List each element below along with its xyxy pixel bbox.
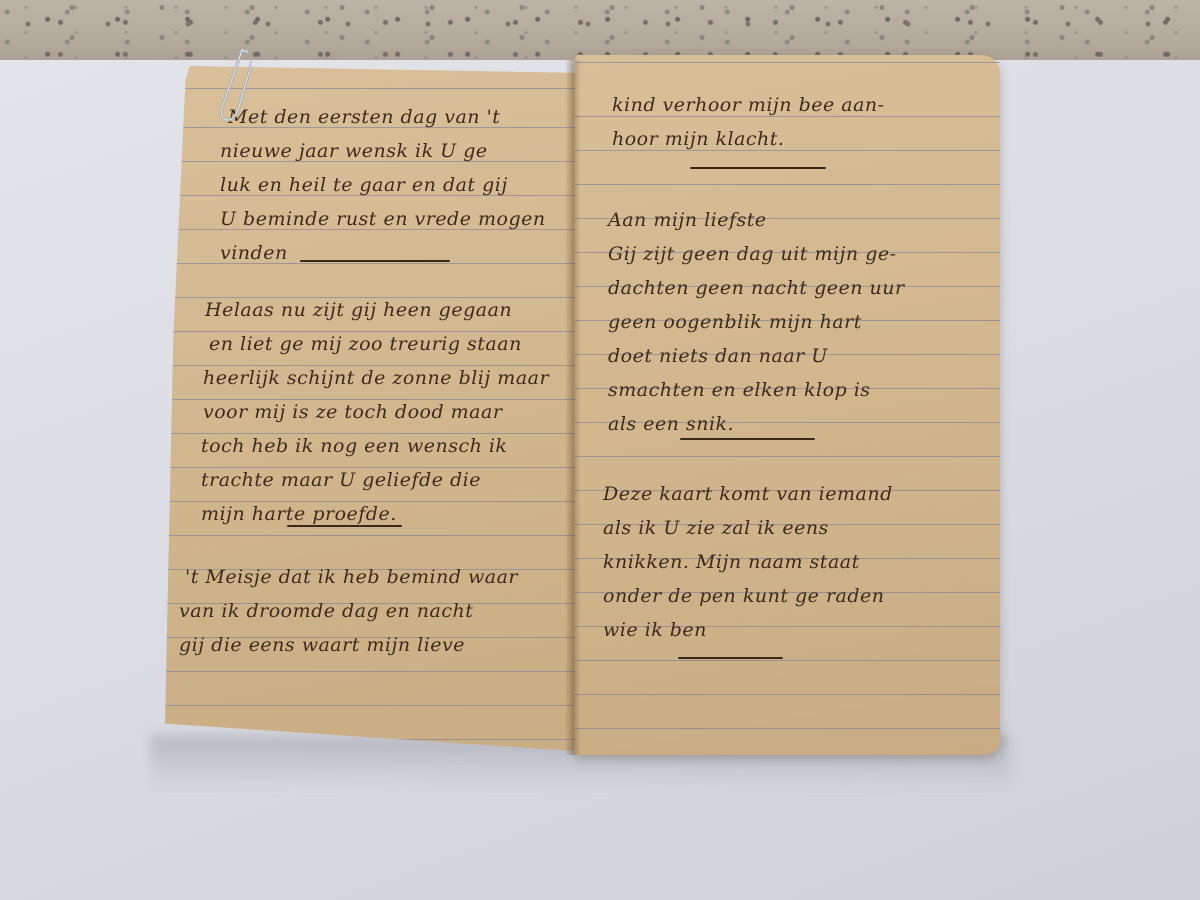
handwritten-line: Aan mijn liefste	[608, 203, 905, 237]
left-poem-2: Helaas nu zijt gij heen gegaan en liet g…	[205, 293, 549, 531]
section-divider	[678, 657, 783, 659]
left-poem-3: 't Meisje dat ik heb bemind waar van ik …	[185, 560, 518, 662]
handwritten-line: van ik droomde dag en nacht	[179, 594, 518, 628]
handwritten-line: wie ik ben	[603, 613, 893, 647]
handwritten-line: gij die eens waart mijn lieve	[179, 628, 518, 662]
handwritten-line: als ik U zie zal ik eens	[603, 511, 893, 545]
right-poem-5: Deze kaart komt van iemand als ik U zie …	[603, 477, 893, 647]
handwritten-line: Deze kaart komt van iemand	[603, 477, 893, 511]
left-poem-1: Met den eersten dag van 't nieuwe jaar w…	[228, 100, 546, 270]
handwritten-line: toch heb ik nog een wensch ik	[201, 429, 549, 463]
section-divider	[680, 438, 815, 440]
handwritten-line: geen oogenblik mijn hart	[608, 305, 905, 339]
handwritten-line: doet niets dan naar U	[608, 339, 905, 373]
handwritten-line: smachten en elken klop is	[608, 373, 905, 407]
handwritten-line: voor mij is ze toch dood maar	[203, 395, 549, 429]
handwritten-line: Met den eersten dag van 't	[228, 100, 546, 134]
handwritten-line: trachte maar U geliefde die	[201, 463, 549, 497]
handwritten-line: en liet ge mij zoo treurig staan	[209, 327, 549, 361]
section-divider	[300, 260, 450, 262]
handwritten-line: dachten geen nacht geen uur	[608, 271, 905, 305]
handwritten-line: heerlijk schijnt de zonne blij maar	[203, 361, 549, 395]
right-poem-4: Aan mijn liefste Gij zijt geen dag uit m…	[608, 203, 905, 441]
handwritten-line: als een snik.	[608, 407, 905, 441]
handwritten-line: 't Meisje dat ik heb bemind waar	[185, 560, 518, 594]
handwritten-line: Gij zijt geen dag uit mijn ge-	[608, 237, 905, 271]
handwritten-line: knikken. Mijn naam staat	[603, 545, 893, 579]
handwritten-line: onder de pen kunt ge raden	[603, 579, 893, 613]
handwritten-line: kind verhoor mijn bee aan-	[612, 88, 885, 122]
section-divider	[287, 525, 402, 527]
handwritten-line: nieuwe jaar wensk ik U ge	[220, 134, 546, 168]
notebook-spine	[566, 60, 580, 755]
handwritten-line: vinden	[220, 236, 546, 270]
handwritten-line: U beminde rust en vrede mogen	[220, 202, 546, 236]
handwritten-line: luk en heil te gaar en dat gij	[220, 168, 546, 202]
handwritten-line: hoor mijn klacht.	[612, 122, 885, 156]
section-divider	[690, 167, 826, 169]
right-poem-1-end: kind verhoor mijn bee aan- hoor mijn kla…	[612, 88, 885, 156]
handwritten-line: Helaas nu zijt gij heen gegaan	[205, 293, 549, 327]
